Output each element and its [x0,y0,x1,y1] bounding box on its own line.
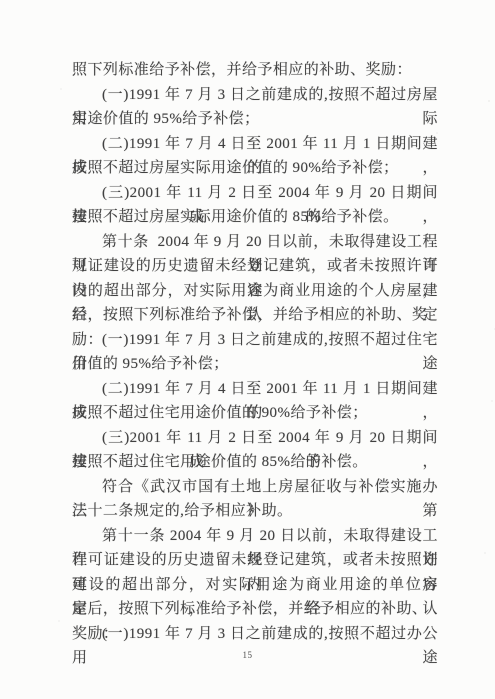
text-line: 建设的超出部分，对实际用途为商业用途的单位房屋，经认 [72,573,438,598]
text-line: 定后，按照下列标准给予补偿，并给予相应的补助、奖励： [72,597,438,622]
text-line: 按照不超过房屋实际用途价值的 85%给予补偿。 [72,205,438,230]
text-line: (二)1991 年 7 月 4 日至 2001 年 11 月 1 日期间建成的， [72,377,438,402]
document-body: 照下列标准给予补偿，并给予相应的补助、奖励：(一)1991 年 7 月 3 日之… [72,58,438,646]
text-line: (三)2001 年 11 月 2 日至 2004 年 9 月 20 日期间建成的… [72,181,438,206]
text-line: 按照不超过房屋实际用途价值的 90%给予补偿； [72,156,438,181]
text-line: 可证建设的历史遗留未经登记建筑，或者未按照许可内容建 [72,254,438,279]
text-line: 后，按照下列标准给予补偿，并给予相应的补助、奖励： [72,303,438,328]
text-line: 设的超出部分，对实际用途为商业用途的个人房屋，经认定 [72,279,438,304]
text-line: (二)1991 年 7 月 4 日至 2001 年 11 月 1 日期间建成的， [72,132,438,157]
text-line: (一)1991 年 7 月 3 日之前建成的,按照不超过办公用途 [72,622,438,647]
text-line: 第十一条 2004 年 9 月 20 日以前，未取得建设工程规划 [72,524,438,549]
document-page: 照下列标准给予补偿，并给予相应的补助、奖励：(一)1991 年 7 月 3 日之… [0,0,495,699]
text-line: 符合《武汉市国有土地上房屋征收与补偿实施办法》第 [72,475,438,500]
text-line: 照下列标准给予补偿，并给予相应的补助、奖励： [72,58,438,83]
text-line: 许可证建设的历史遗留未经登记建筑，或者未按照许可内容 [72,548,438,573]
scan-speck [488,100,490,102]
text-line: 第十条 2004 年 9 月 20 日以前，未取得建设工程规划许 [72,230,438,255]
page-number: 15 [0,650,495,660]
text-line: (一)1991 年 7 月 3 日之前建成的,按照不超过房屋实际 [72,83,438,108]
text-line: (一)1991 年 7 月 3 日之前建成的,按照不超过住宅用途 [72,328,438,353]
text-line: (三)2001 年 11 月 2 日至 2004 年 9 月 20 日期间建成的… [72,426,438,451]
